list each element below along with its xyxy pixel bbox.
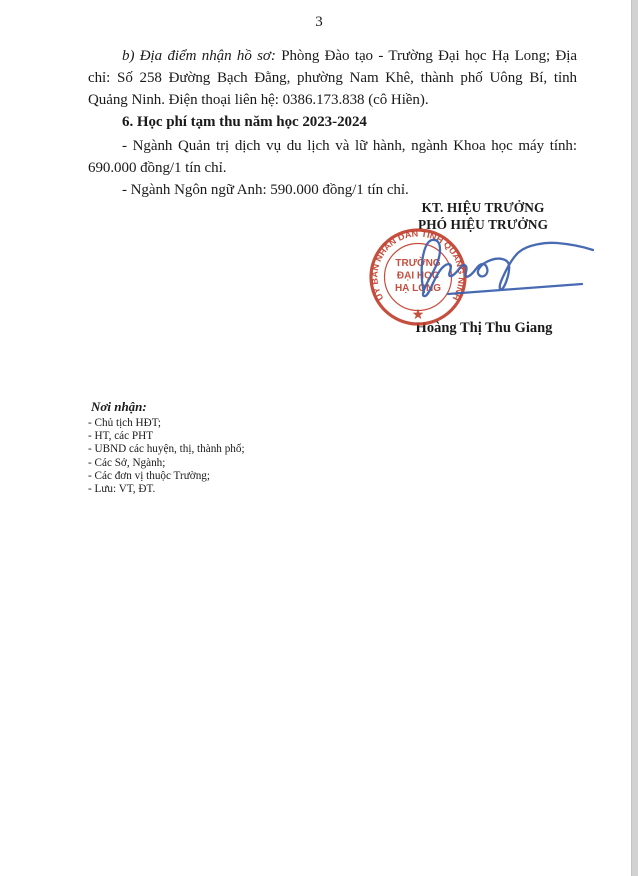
paragraph-location: b) Địa điểm nhận hồ sơ: Phòng Đào tạo - … xyxy=(88,45,577,111)
tuition-item-2: - Ngành Ngôn ngữ Anh: 590.000 đồng/1 tín… xyxy=(88,179,577,201)
recipient-item: - Chủ tịch HĐT; xyxy=(88,417,388,430)
signature-main-stroke xyxy=(422,240,593,296)
document-page: 3 b) Địa điểm nhận hồ sơ: Phòng Đào tạo … xyxy=(0,0,638,876)
recipient-item: - Lưu: VT, ĐT. xyxy=(88,483,388,496)
signature-title-kt: KT. HIỆU TRƯỞNG xyxy=(393,200,573,217)
recipient-item: - Các đơn vị thuộc Trường; xyxy=(88,470,388,483)
page-number: 3 xyxy=(0,12,638,32)
recipient-item: - Các Sở, Ngành; xyxy=(88,457,388,470)
recipient-item: - UBND các huyện, thị, thành phố; xyxy=(88,443,388,456)
scan-edge-strip xyxy=(631,0,638,876)
signature-scribble xyxy=(405,232,600,310)
recipients-list: - Chủ tịch HĐT; - HT, các PHT - UBND các… xyxy=(88,417,388,496)
recipients-block: Nơi nhận: - Chủ tịch HĐT; - HT, các PHT … xyxy=(88,399,388,496)
recipients-header: Nơi nhận: xyxy=(91,399,388,414)
tuition-item-1: - Ngành Quản trị dịch vụ du lịch và lữ h… xyxy=(88,135,577,179)
section-heading: 6. Học phí tạm thu năm học 2023-2024 xyxy=(88,111,577,133)
paragraph-location-lead: b) Địa điểm nhận hồ sơ: xyxy=(122,48,276,64)
recipient-item: - HT, các PHT xyxy=(88,430,388,443)
signature-underline-stroke xyxy=(448,284,582,294)
